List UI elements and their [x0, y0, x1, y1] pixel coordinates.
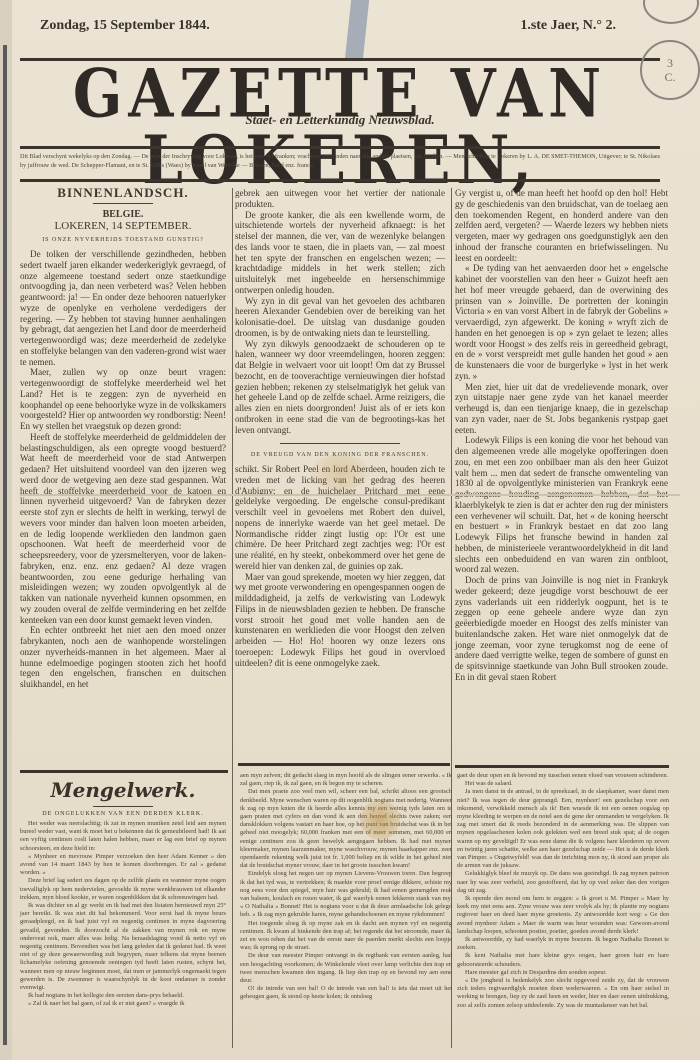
paper-stain: [360, 800, 400, 840]
paragraph: Ik opende den mond om hem te zeggen: « I…: [457, 895, 669, 936]
paragraph: De groote kanker, die als een kwellende …: [235, 210, 445, 296]
divider: [93, 203, 153, 204]
column-2: gebrek aen uitwegen voor het vertier der…: [235, 188, 445, 668]
paper-stain: [310, 455, 370, 490]
paragraph: Hare meester gaf zich in Desjardins den …: [457, 969, 669, 977]
dateline: LOKEREN, 14 SEPTEMBER.: [20, 221, 226, 232]
section-rule: [238, 763, 450, 766]
divider: [280, 443, 400, 444]
paragraph: Het toegende sloeg ik op myne zak en ik …: [240, 920, 452, 953]
paragraph: Ik was dichter en al gy werkt en ik had …: [20, 902, 226, 992]
paragraph: « Zal ik naer het bal gaen, of zal ik er…: [20, 1000, 226, 1008]
stamp-value: 3: [664, 56, 675, 70]
column-1: BINNENLANDSCH. BELGIE. LOKEREN, 14 SEPTE…: [20, 188, 226, 690]
paragraph: Het weder was neerslachtig; ik zat in my…: [20, 820, 226, 853]
paragraph: Eindelyk sloeg het negen uer op mynen Li…: [240, 870, 452, 919]
section-heading: Mengelwerk.: [20, 778, 226, 802]
paragraph: Wy zyn in dit geval van het gevoelen des…: [235, 296, 445, 339]
paragraph: Het was de salaed.: [457, 780, 669, 788]
paragraph: Maer, zullen wy op onze beurt vragen: ve…: [20, 367, 226, 432]
paragraph: Heeft de stoffelyke meerderheid de geldm…: [20, 432, 226, 626]
paragraph: Gy vergist u, of de man heeft het hoofd …: [455, 188, 668, 263]
paragraph: gebrek aen uitwegen voor het vertier der…: [235, 188, 445, 210]
section-rule: [455, 765, 669, 768]
paragraph: Doch de prins van Joinville is nog niet …: [455, 575, 668, 683]
tax-stamp-icon: 3 C.: [640, 40, 700, 100]
newspaper-subtitle: Staet- en Letterkundig Nieuwsblad.: [20, 112, 660, 128]
paragraph: Lodewyk Filips is een koning die voor he…: [455, 435, 668, 575]
notice-rule-bottom: [20, 179, 660, 182]
section-rule: [20, 770, 228, 773]
page-binding-edge: [0, 0, 12, 1060]
paragraph: Dat men praete zoo veel men wil, scheer …: [240, 788, 452, 870]
paragraph: Men ziet, hier uit dat de vredelievende …: [455, 382, 668, 436]
issue-number: 1.ste Jaer, N.° 2.: [520, 18, 616, 34]
paragraph: Wy zyn dikwyls genoodzaekt de schouderen…: [235, 339, 445, 436]
mengelwerk-column-1: Mengelwerk. DE ONGELUKKEN VAN EEN DERDEN…: [20, 778, 226, 1009]
paper-fold-crease: [20, 494, 680, 496]
country-heading: BELGIE.: [20, 210, 226, 221]
paragraph: En echter ontbreekt het niet aen den moe…: [20, 625, 226, 690]
stamp-unit: C.: [664, 70, 675, 84]
paragraph: Ik kent Nathalia met hare kleine grys oo…: [457, 952, 669, 968]
paragraph: De deur van meester Pimper ontvangt in d…: [240, 952, 452, 985]
divider: [93, 806, 153, 807]
paragraph: Ik had nogtans in het kollegie den eerst…: [20, 992, 226, 1000]
mengelwerk-column-2: aen myn zelven; dit gedacht slaeg in myn…: [240, 772, 452, 1002]
dateline-bar: Zondag, 15 September 1844. 1.ste Jaer, N…: [8, 18, 648, 34]
mengelwerk-column-3: gaet de deur open en ik bevond my tussch…: [457, 772, 669, 1010]
paragraph: aen myn zelven; dit gedacht slaeg in myn…: [240, 772, 452, 788]
paragraph: Gelukkiglyk bleef de muzyk op. De dans w…: [457, 870, 669, 895]
paragraph: Maer van goud sprekende, moeten wy hier …: [235, 572, 445, 669]
paragraph: De tolken der verschillende gezindheden,…: [20, 249, 226, 367]
column-3: Gy vergist u, of de man heeft het hoofd …: [455, 188, 668, 683]
paragraph: « De jongheid is bedenkelyk zoo slecht o…: [457, 977, 669, 1010]
paragraph: Ja men danst in de antrael, in de spreek…: [457, 788, 669, 870]
article-headline: IS ONZE NYVERHEIDS TOESTAND GUNSTIG?: [20, 235, 226, 246]
paragraph: gaet de deur open en ik bevond my tussch…: [457, 772, 669, 780]
quotation: « De tyding van het aenvaerden door het …: [455, 263, 668, 381]
paragraph: Deze brief lag sedert zes dagen op de ze…: [20, 877, 226, 902]
story-headline: DE ONGELUKKEN VAN EEN DERDEN KLERK.: [20, 811, 226, 817]
subscription-notice: Dit Blad verschynt wekelyks op den Zonda…: [20, 152, 660, 170]
paragraph: Ik antwoordde, zy had waerlyk in myne bo…: [457, 936, 669, 952]
section-heading: BINNENLANDSCH.: [20, 188, 226, 199]
column-rule: [232, 188, 233, 1048]
paragraph: O! de intrede van een bal! O de intrede …: [240, 985, 452, 1001]
paragraph: « Mynheer en mevrouw Pimper verzoeken de…: [20, 853, 226, 878]
issue-date: Zondag, 15 September 1844.: [40, 18, 210, 34]
notice-rule-top: [20, 146, 660, 149]
